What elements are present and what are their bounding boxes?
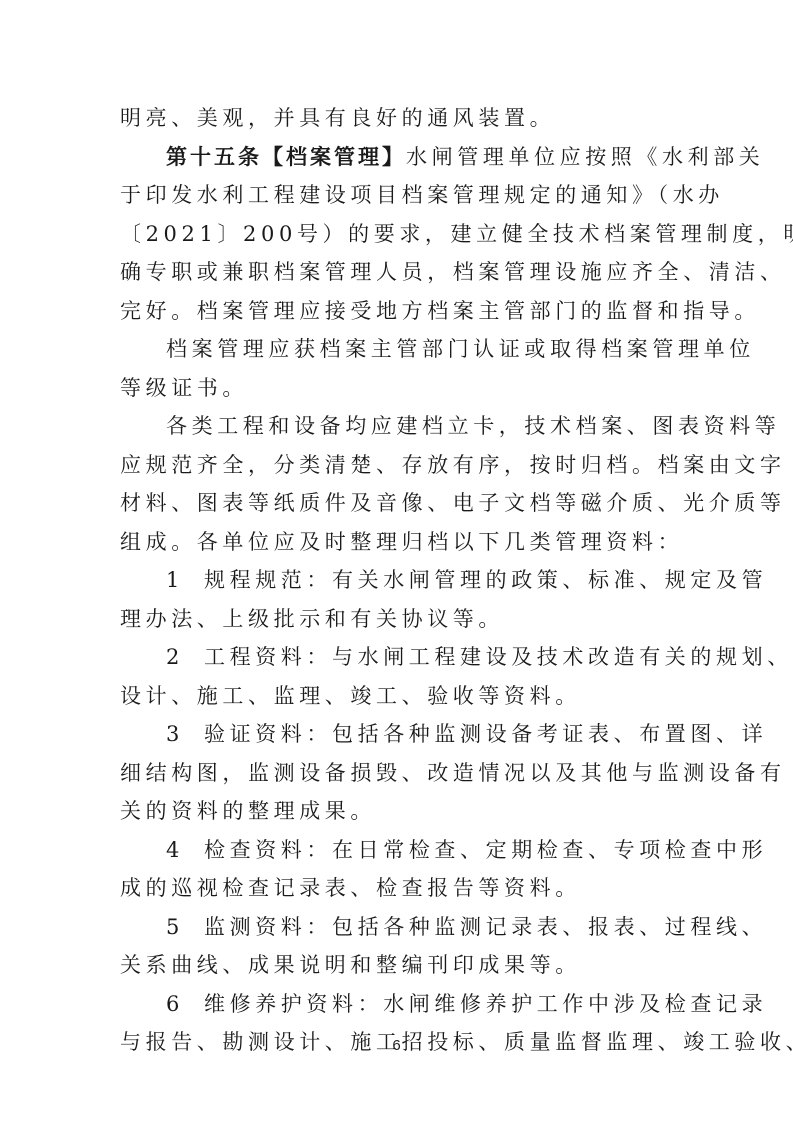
text-line: 于印发水利工程建设项目档案管理规定的通知》（水办	[120, 176, 676, 215]
list-item-number: 5	[166, 908, 204, 947]
text-line: 明亮、美观，并具有良好的通风装置。	[120, 99, 676, 138]
text-line: 关系曲线、成果说明和整编刊印成果等。	[120, 946, 676, 985]
text-line: 等级证书。	[120, 369, 676, 408]
list-item-number: 6	[166, 985, 204, 1024]
list-item-number: 1	[166, 561, 204, 600]
text-line: 〔2021〕200号）的要求，建立健全技术档案管理制度，明	[120, 215, 676, 254]
text-span: 维修养护资料：水闸维修养护工作中涉及检查记录	[204, 992, 767, 1016]
page-number: 6	[0, 1037, 793, 1054]
text-line: 应规范齐全，分类清楚、存放有序，按时归档。档案由文字	[120, 446, 676, 485]
list-item-number: 2	[166, 638, 204, 677]
text-line: 设计、施工、监理、竣工、验收等资料。	[120, 677, 676, 716]
text-line: 理办法、上级批示和有关协议等。	[120, 600, 676, 639]
list-item-line: 3验证资料：包括各种监测设备考证表、布置图、详	[120, 715, 676, 754]
text-line: 完好。档案管理应接受地方档案主管部门的监督和指导。	[120, 292, 676, 331]
list-item-line: 1规程规范：有关水闸管理的政策、标准、规定及管	[120, 561, 676, 600]
text-span: 工程资料：与水闸工程建设及技术改造有关的规划、	[204, 645, 793, 669]
list-item-number: 3	[166, 715, 204, 754]
text-line: 确专职或兼职档案管理人员，档案管理设施应齐全、清洁、	[120, 253, 676, 292]
text-line: 组成。各单位应及时整理归档以下几类管理资料：	[120, 523, 676, 562]
text-span: 规程规范：有关水闸管理的政策、标准、规定及管	[204, 568, 767, 592]
list-item-line: 2工程资料：与水闸工程建设及技术改造有关的规划、	[120, 638, 676, 677]
text-span: 水闸管理单位应按照《水利部关	[406, 145, 764, 169]
document-page: 明亮、美观，并具有良好的通风装置。 第十五条【档案管理】水闸管理单位应按照《水利…	[120, 99, 676, 1062]
text-line: 关的资料的整理成果。	[120, 792, 676, 831]
text-span: 监测资料：包括各种监测记录表、报表、过程线、	[204, 915, 767, 939]
list-item-number: 4	[166, 831, 204, 870]
text-line: 各类工程和设备均应建档立卡，技术档案、图表资料等	[120, 407, 676, 446]
list-item-line: 5监测资料：包括各种监测记录表、报表、过程线、	[120, 908, 676, 947]
text-line: 材料、图表等纸质件及音像、电子文档等磁介质、光介质等	[120, 484, 676, 523]
article-heading: 第十五条【档案管理】	[166, 145, 406, 169]
list-item-line: 6维修养护资料：水闸维修养护工作中涉及检查记录	[120, 985, 676, 1024]
text-span: 验证资料：包括各种监测设备考证表、布置图、详	[204, 722, 767, 746]
article-heading-line: 第十五条【档案管理】水闸管理单位应按照《水利部关	[120, 138, 676, 177]
list-item-line: 4检查资料：在日常检查、定期检查、专项检查中形	[120, 831, 676, 870]
text-line: 档案管理应获档案主管部门认证或取得档案管理单位	[120, 330, 676, 369]
text-span: 检查资料：在日常检查、定期检查、专项检查中形	[204, 838, 767, 862]
text-line: 成的巡视检查记录表、检查报告等资料。	[120, 869, 676, 908]
text-line: 细结构图，监测设备损毁、改造情况以及其他与监测设备有	[120, 754, 676, 793]
